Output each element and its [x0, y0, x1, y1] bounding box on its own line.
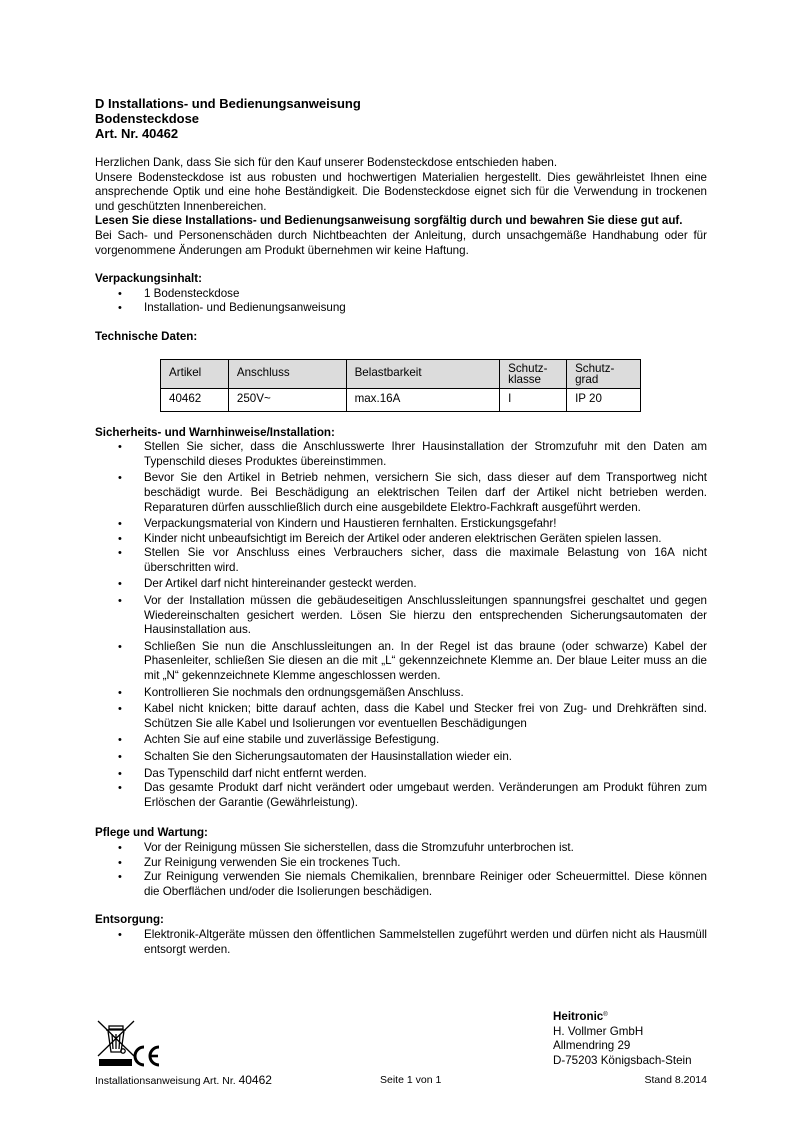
- list-item: Kinder nicht unbeaufsichtigt im Bereich …: [95, 532, 707, 547]
- list-item: Vor der Installation müssen die gebäudes…: [95, 594, 707, 638]
- footer-page-number: Seite 1 von 1: [380, 1073, 441, 1088]
- list-item: Elektronik-Altgeräte müssen den öffentli…: [95, 928, 707, 957]
- list-item: Stellen Sie vor Anschluss eines Verbrauc…: [95, 546, 707, 575]
- care-heading: Pflege und Wartung:: [95, 826, 707, 841]
- list-item: Kabel nicht knicken; bitte darauf achten…: [95, 702, 707, 731]
- intro-thanks: Herzlichen Dank, dass Sie sich für den K…: [95, 156, 707, 171]
- disposal-heading: Entsorgung:: [95, 913, 707, 928]
- ce-mark-icon: [132, 1044, 162, 1068]
- safety-list: Stellen Sie sicher, dass die Anschlusswe…: [95, 440, 707, 810]
- intro-section: Herzlichen Dank, dass Sie sich für den K…: [95, 156, 707, 258]
- tech-data-table: Artikel Anschluss Belastbarkeit Schutz-k…: [160, 359, 641, 412]
- list-item: Das Typenschild darf nicht entfernt werd…: [95, 767, 707, 782]
- list-item: Stellen Sie sicher, dass die Anschlusswe…: [95, 440, 707, 469]
- intro-read-instructions: Lesen Sie diese Installations- und Bedie…: [95, 214, 707, 229]
- col-header-schutzgrad: Schutz-grad: [567, 359, 641, 388]
- disposal-list: Elektronik-Altgeräte müssen den öffentli…: [95, 928, 707, 957]
- col-header-belastbarkeit: Belastbarkeit: [346, 359, 500, 388]
- doc-title-line2: Bodensteckdose: [95, 111, 707, 126]
- list-item: Kontrollieren Sie nochmals den ordnungsg…: [95, 686, 707, 701]
- list-item: Vor der Reinigung müssen Sie sicherstell…: [95, 841, 707, 856]
- cell-artikel: 40462: [161, 388, 229, 411]
- cell-schutzgrad: IP 20: [567, 388, 641, 411]
- footer-revision-date: Stand 8.2014: [645, 1073, 707, 1088]
- list-item: Zur Reinigung verwenden Sie ein trockene…: [95, 856, 707, 871]
- document-page: D Installations- und Bedienungsanweisung…: [95, 96, 707, 957]
- cell-anschluss: 250V~: [228, 388, 346, 411]
- package-list: 1 Bodensteckdose Installation- und Bedie…: [95, 287, 707, 316]
- intro-description: Unsere Bodensteckdose ist aus robusten u…: [95, 171, 707, 215]
- list-item: Zur Reinigung verwenden Sie niemals Chem…: [95, 870, 707, 899]
- tech-heading: Technische Daten:: [95, 330, 707, 345]
- col-header-schutzklasse: Schutz-klasse: [500, 359, 567, 388]
- doc-title-article: Art. Nr. 40462: [95, 126, 707, 141]
- list-item: Bevor Sie den Artikel in Betrieb nehmen,…: [95, 471, 707, 515]
- col-header-artikel: Artikel: [161, 359, 229, 388]
- table-header-row: Artikel Anschluss Belastbarkeit Schutz-k…: [161, 359, 641, 388]
- list-item: Das gesamte Produkt darf nicht verändert…: [95, 781, 707, 810]
- package-heading: Verpackungsinhalt:: [95, 272, 707, 287]
- cell-belastbarkeit: max.16A: [346, 388, 500, 411]
- table-row: 40462 250V~ max.16A I IP 20: [161, 388, 641, 411]
- list-item: Verpackungsmaterial von Kindern und Haus…: [95, 517, 707, 532]
- safety-heading: Sicherheits- und Warnhinweise/Installati…: [95, 426, 707, 441]
- doc-title-line1: D Installations- und Bedienungsanweisung: [95, 96, 707, 111]
- list-item: Installation- und Bedienungsanweisung: [95, 301, 707, 316]
- compliance-logos: [96, 1020, 166, 1070]
- company-address: Heitronic® H. Vollmer GmbH Allmendring 2…: [553, 1010, 692, 1068]
- company-city: D-75203 Königsbach-Stein: [553, 1054, 692, 1069]
- company-brand: Heitronic®: [553, 1010, 692, 1025]
- list-item: Schließen Sie nun die Anschlussleitungen…: [95, 640, 707, 684]
- company-name: H. Vollmer GmbH: [553, 1025, 692, 1040]
- list-item: Schalten Sie den Sicherungsautomaten der…: [95, 750, 707, 765]
- list-item: Achten Sie auf eine stabile und zuverläs…: [95, 733, 707, 748]
- company-street: Allmendring 29: [553, 1039, 692, 1054]
- list-item: Der Artikel darf nicht hintereinander ge…: [95, 577, 707, 592]
- page-footer: Installationsanweisung Art. Nr. 40462 Se…: [95, 1073, 707, 1088]
- col-header-anschluss: Anschluss: [228, 359, 346, 388]
- care-list: Vor der Reinigung müssen Sie sicherstell…: [95, 841, 707, 899]
- intro-liability: Bei Sach- und Personenschäden durch Nich…: [95, 229, 707, 258]
- cell-schutzklasse: I: [500, 388, 567, 411]
- list-item: 1 Bodensteckdose: [95, 287, 707, 302]
- footer-doc-ref: Installationsanweisung Art. Nr. 40462: [95, 1073, 272, 1089]
